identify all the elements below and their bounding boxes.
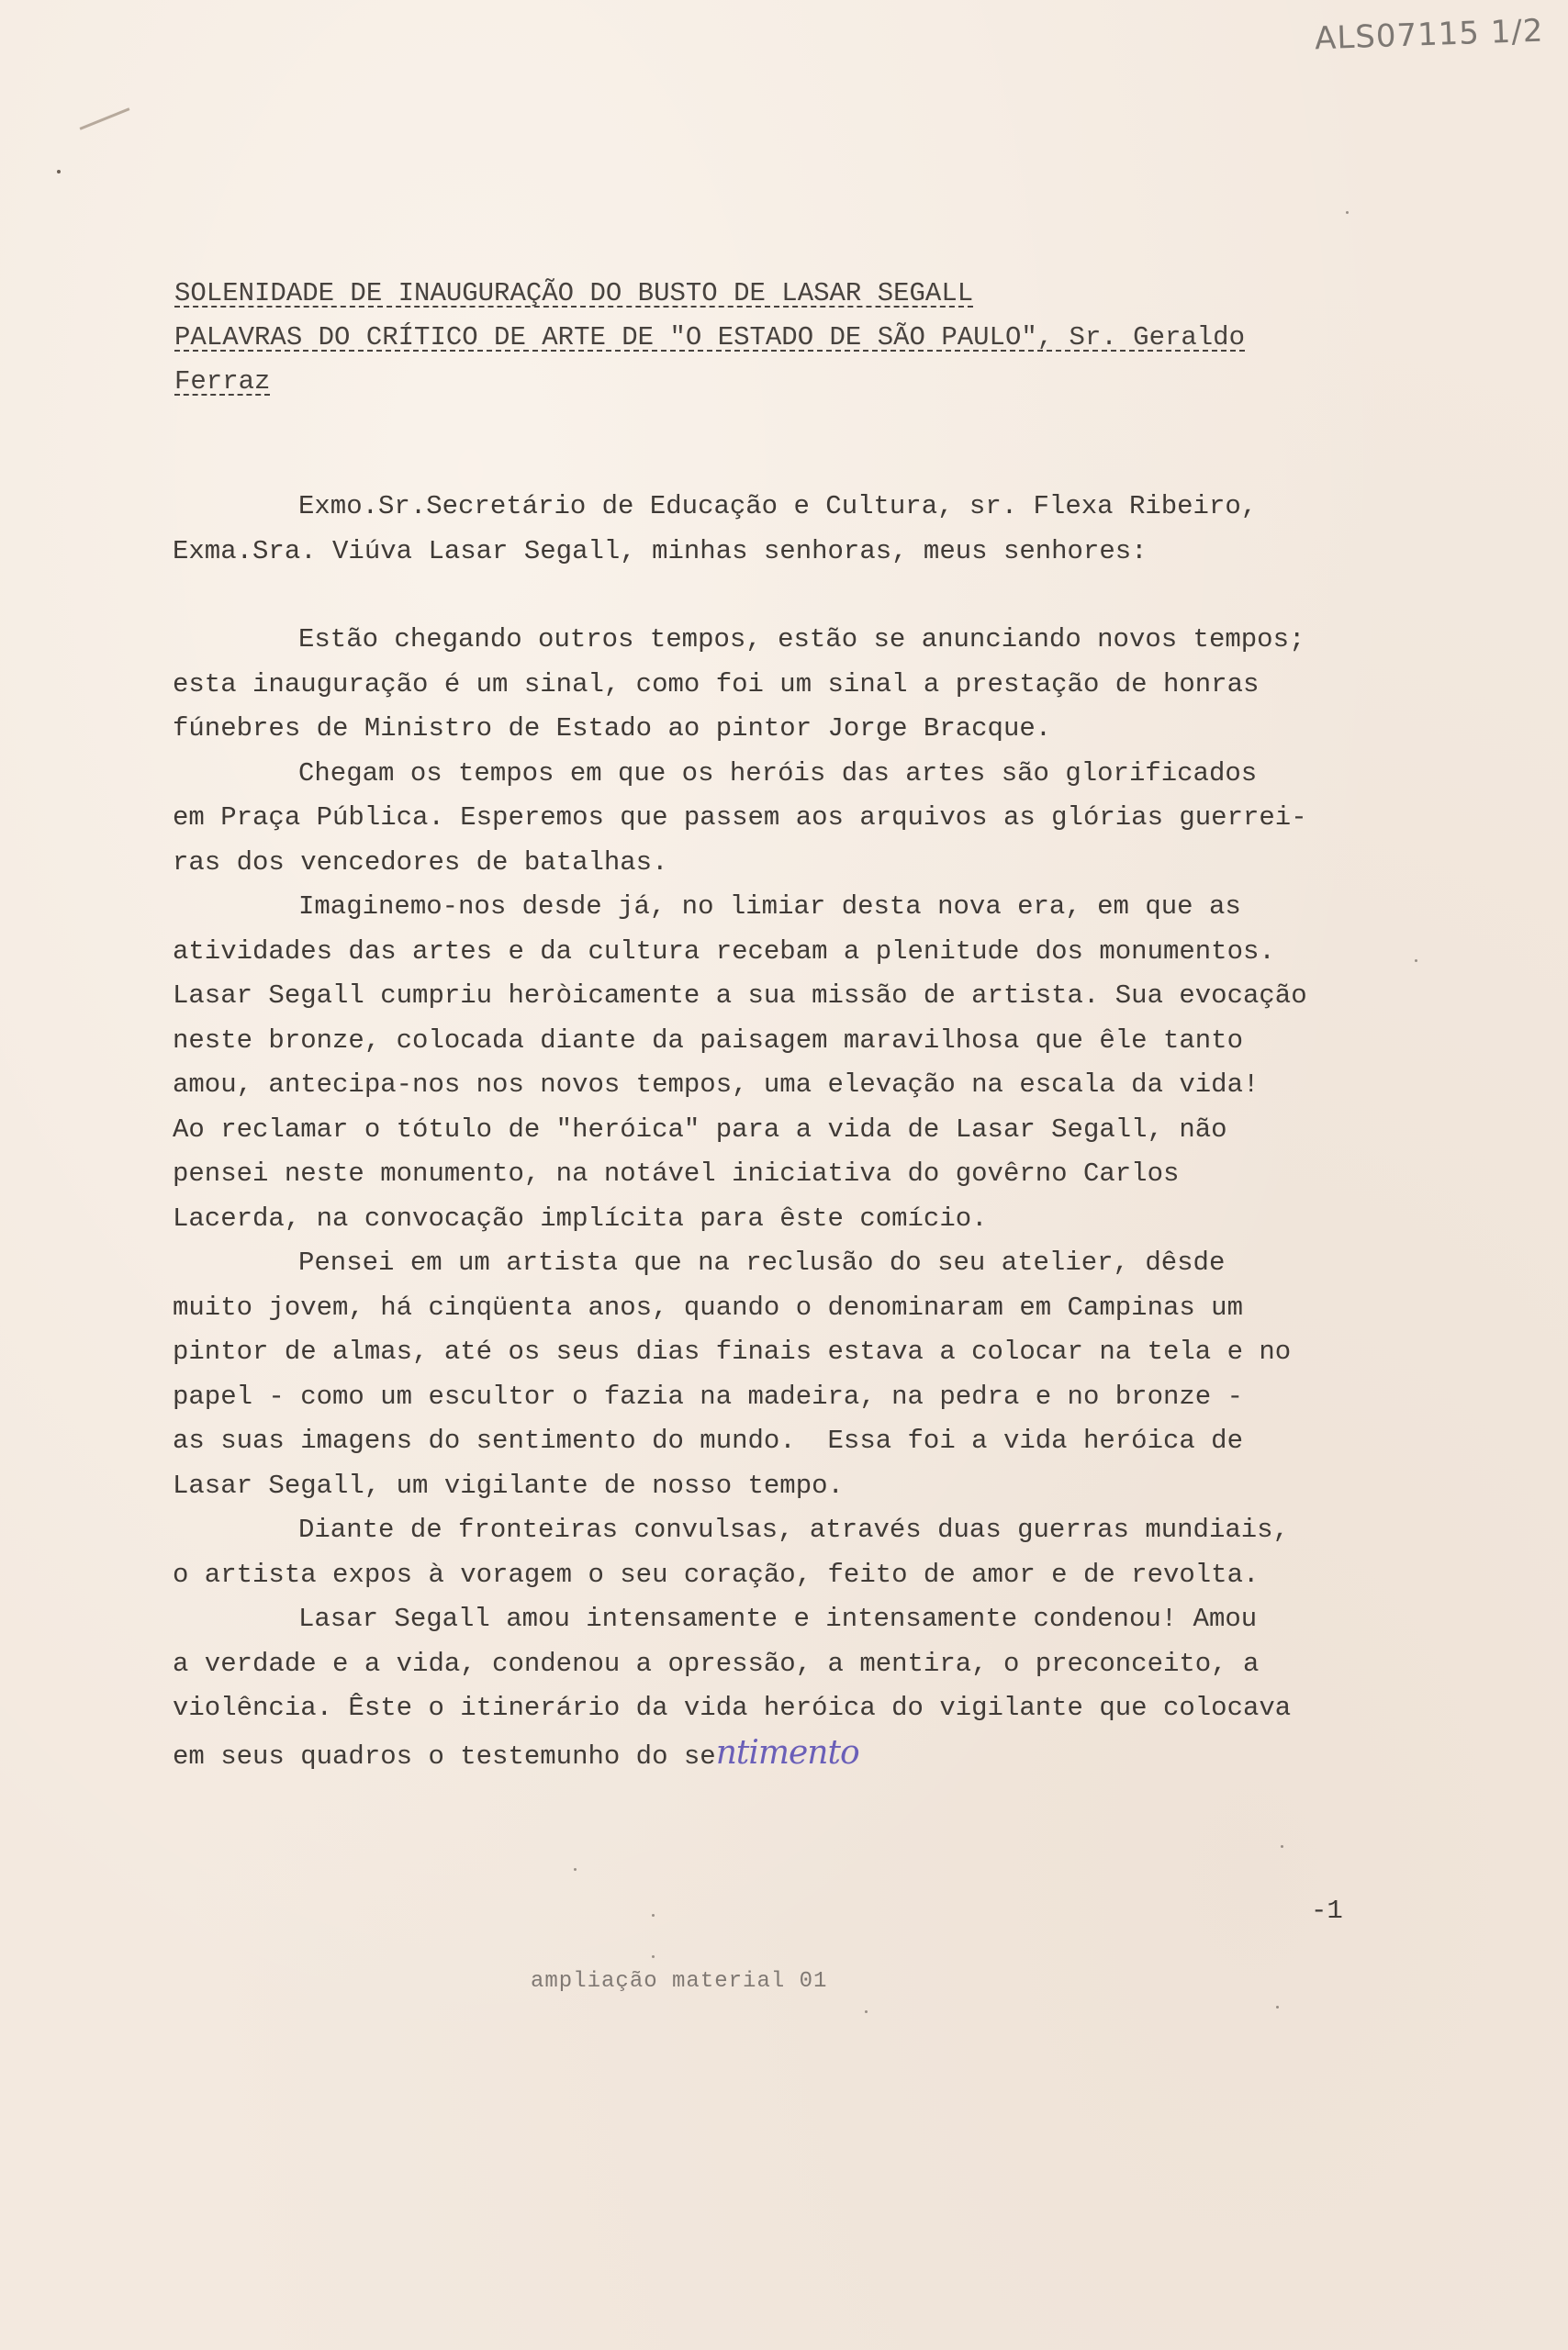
text-line: Estão chegando outros tempos, estão se a… bbox=[173, 618, 1485, 663]
text-line: papel - como um escultor o fazia na made… bbox=[173, 1375, 1485, 1420]
document-heading: SOLENIDADE DE INAUGURAÇÃO DO BUSTO DE LA… bbox=[174, 272, 1414, 404]
text-line: Lasar Segall cumpriu heròicamente a sua … bbox=[173, 974, 1485, 1019]
paragraph-3: Imaginemo-nos desde já, no limiar desta … bbox=[173, 885, 1485, 1241]
heading-line-2: PALAVRAS DO CRÍTICO DE ARTE DE "O ESTADO… bbox=[174, 316, 1414, 360]
text-line: Exmo.Sr.Secretário de Educação e Cultura… bbox=[173, 485, 1485, 530]
paragraph-salutation: Exmo.Sr.Secretário de Educação e Cultura… bbox=[173, 485, 1485, 574]
paper-speck bbox=[1281, 1845, 1283, 1848]
paragraph-6: Lasar Segall amou intensamente e intensa… bbox=[173, 1597, 1485, 1779]
paper-stain-dot bbox=[57, 170, 61, 173]
text-line: violência. Êste o itinerário da vida her… bbox=[173, 1686, 1485, 1731]
heading-line-1: SOLENIDADE DE INAUGURAÇÃO DO BUSTO DE LA… bbox=[174, 272, 1414, 316]
paper-speck bbox=[1346, 211, 1349, 214]
text-line: atividades das artes e da cultura receba… bbox=[173, 930, 1485, 975]
text-line: as suas imagens do sentimento do mundo. … bbox=[173, 1419, 1485, 1464]
text-line: em Praça Pública. Esperemos que passem a… bbox=[173, 796, 1485, 841]
text-line: o artista expos à voragem o seu coração,… bbox=[173, 1553, 1485, 1598]
paragraph-5: Diante de fronteiras convulsas, através … bbox=[173, 1508, 1485, 1597]
paper-speck bbox=[652, 1914, 655, 1917]
paper-speck bbox=[652, 1955, 655, 1958]
paper-speck bbox=[1415, 959, 1417, 962]
text-line: pensei neste monumento, na notável inici… bbox=[173, 1152, 1485, 1197]
document-body: Exmo.Sr.Secretário de Educação e Cultura… bbox=[173, 485, 1485, 1779]
paragraph-2: Chegam os tempos em que os heróis das ar… bbox=[173, 752, 1485, 886]
footer-stamp-text: ampliação material 01 bbox=[531, 1969, 827, 1994]
text-line: fúnebres de Ministro de Estado ao pintor… bbox=[173, 707, 1485, 752]
text-line: esta inauguração é um sinal, como foi um… bbox=[173, 663, 1485, 708]
paragraph-1: Estão chegando outros tempos, estão se a… bbox=[173, 618, 1485, 752]
text-line: Diante de fronteiras convulsas, através … bbox=[173, 1508, 1485, 1553]
paper-speck bbox=[1276, 2006, 1279, 2009]
text-line: Lacerda, na convocação implícita para ês… bbox=[173, 1197, 1485, 1242]
text-line: ras dos vencedores de batalhas. bbox=[173, 841, 1485, 886]
handwritten-correction: ntimento bbox=[716, 1734, 859, 1772]
paper-speck bbox=[865, 2010, 868, 2013]
text-line-final: em seus quadros o testemunho do sentimen… bbox=[173, 1731, 1485, 1780]
text-line: Imaginemo-nos desde já, no limiar desta … bbox=[173, 885, 1485, 930]
text-line: a verdade e a vida, condenou a opressão,… bbox=[173, 1642, 1485, 1687]
page-number: -1 bbox=[1311, 1896, 1343, 1926]
text-line: Chegam os tempos em que os heróis das ar… bbox=[173, 752, 1485, 797]
text-line: Lasar Segall, um vigilante de nosso temp… bbox=[173, 1464, 1485, 1509]
text-line: amou, antecipa-nos nos novos tempos, uma… bbox=[173, 1063, 1485, 1108]
heading-line-3: Ferraz bbox=[174, 360, 1414, 404]
text-line: neste bronze, colocada diante da paisage… bbox=[173, 1019, 1485, 1064]
text-line: Lasar Segall amou intensamente e intensa… bbox=[173, 1597, 1485, 1642]
text-line: Ao reclamar o tótulo de "heróica" para a… bbox=[173, 1108, 1485, 1153]
paper-speck bbox=[574, 1868, 577, 1871]
text-line: Pensei em um artista que na reclusão do … bbox=[173, 1241, 1485, 1286]
text-line: muito jovem, há cinqüenta anos, quando o… bbox=[173, 1286, 1485, 1331]
paragraph-4: Pensei em um artista que na reclusão do … bbox=[173, 1241, 1485, 1508]
text-line: pintor de almas, até os seus dias finais… bbox=[173, 1330, 1485, 1375]
text-line: Exma.Sra. Viúva Lasar Segall, minhas sen… bbox=[173, 530, 1485, 575]
typed-text: em seus quadros o testemunho do se bbox=[173, 1741, 716, 1772]
